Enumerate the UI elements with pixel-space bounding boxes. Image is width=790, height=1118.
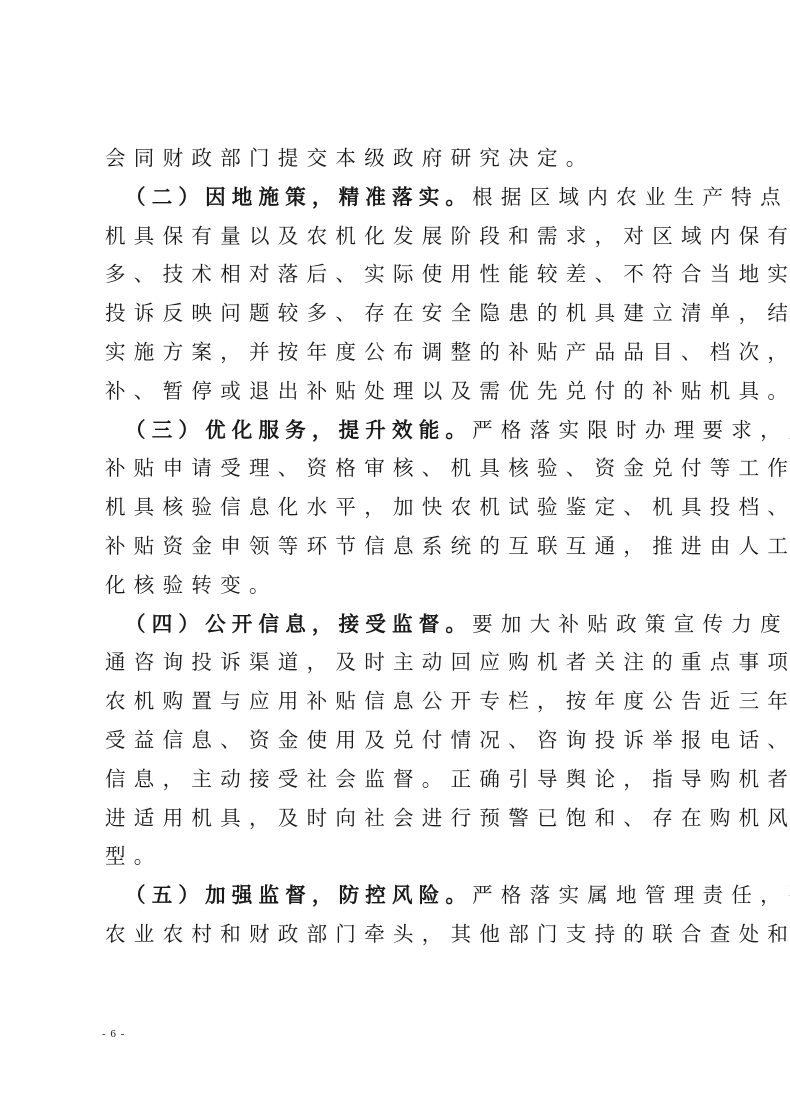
document-page: 会同财政部门提交本级政府研究决定。（二）因地施策，精准落实。根据区域内农业生产特… — [0, 0, 790, 1118]
page-number: - 6 - — [102, 1028, 125, 1040]
paragraph-text: 会同财政部门提交本级政府研究决定。 — [105, 146, 595, 170]
paragraph-text: 补贴申请受理、资格审核、机具核验、资金兑付等工作。提高补贴 — [105, 456, 790, 480]
text-line: 信息，主动接受社会监督。正确引导舆论，指导购机者科学选购先 — [105, 760, 691, 799]
text-line: 投诉反映问题较多、存在安全隐患的机具建立清单，结合实际制定 — [105, 294, 691, 333]
paragraph-text: 严格落实限时办理要求，加快 — [472, 418, 790, 442]
paragraph-text: 化核验转变。 — [105, 573, 278, 597]
paragraph-text: 根据区域内农业生产特点、农 — [472, 185, 790, 209]
section-heading-line: （二）因地施策，精准落实。根据区域内农业生产特点、农 — [105, 178, 691, 217]
text-line: 机具保有量以及农机化发展阶段和需求，对区域内保有量明显过 — [105, 217, 691, 256]
section-heading: （五）加强监督，防控风险。 — [125, 883, 472, 907]
paragraph-text: 进适用机具，及时向社会进行预警已饱和、存在购机风险的机具类 — [105, 806, 790, 830]
paragraph-text: 机具保有量以及农机化发展阶段和需求，对区域内保有量明显过 — [105, 224, 790, 248]
text-line: 进适用机具，及时向社会进行预警已饱和、存在购机风险的机具类 — [105, 799, 691, 838]
text-line: 补、暂停或退出补贴处理以及需优先兑付的补贴机具。 — [105, 372, 691, 411]
paragraph-text: 投诉反映问题较多、存在安全隐患的机具建立清单，结合实际制定 — [105, 301, 790, 325]
paragraph-text: 要加大补贴政策宣传力度，畅 — [472, 612, 790, 636]
text-line: 会同财政部门提交本级政府研究决定。 — [105, 139, 691, 178]
paragraph-text: 农机购置与应用补贴信息公开专栏，按年度公告近三年县域内补贴 — [105, 689, 790, 713]
text-line: 通咨询投诉渠道，及时主动回应购机者关注的重点事项。健全完善 — [105, 643, 691, 682]
text-line: 受益信息、资金使用及兑付情况、咨询投诉举报电话、违规查处等 — [105, 721, 691, 760]
text-line: 补贴申请受理、资格审核、机具核验、资金兑付等工作。提高补贴 — [105, 449, 691, 488]
text-line: 农机购置与应用补贴信息公开专栏，按年度公告近三年县域内补贴 — [105, 682, 691, 721]
section-heading-line: （五）加强监督，防控风险。严格落实属地管理责任，强化 — [105, 876, 691, 915]
paragraph-text: 补、暂停或退出补贴处理以及需优先兑付的补贴机具。 — [105, 379, 790, 403]
paragraph-text: 多、技术相对落后、实际使用性能较差、不符合当地实际应用情况、 — [105, 262, 790, 286]
text-line: 化核验转变。 — [105, 566, 691, 605]
paragraph-text: 通咨询投诉渠道，及时主动回应购机者关注的重点事项。健全完善 — [105, 650, 790, 674]
section-heading: （二）因地施策，精准落实。 — [125, 185, 472, 209]
document-body: 会同财政部门提交本级政府研究决定。（二）因地施策，精准落实。根据区域内农业生产特… — [105, 139, 691, 954]
text-line: 农业农村和财政部门牵头，其他部门支持的联合查处和联动处理工 — [105, 915, 691, 954]
section-heading: （三）优化服务，提升效能。 — [125, 418, 472, 442]
paragraph-text: 信息，主动接受社会监督。正确引导舆论，指导购机者科学选购先 — [105, 767, 790, 791]
text-line: 多、技术相对落后、实际使用性能较差、不符合当地实际应用情况、 — [105, 255, 691, 294]
paragraph-text: 农业农村和财政部门牵头，其他部门支持的联合查处和联动处理工 — [105, 922, 790, 946]
text-line: 补贴资金申领等环节信息系统的互联互通，推进由人工核验向信息 — [105, 527, 691, 566]
section-heading-line: （三）优化服务，提升效能。严格落实限时办理要求，加快 — [105, 411, 691, 450]
paragraph-text: 补贴资金申领等环节信息系统的互联互通，推进由人工核验向信息 — [105, 534, 790, 558]
text-line: 机具核验信息化水平，加快农机试验鉴定、机具投档、牌证管理、 — [105, 488, 691, 527]
section-heading-line: （四）公开信息，接受监督。要加大补贴政策宣传力度，畅 — [105, 605, 691, 644]
paragraph-text: 受益信息、资金使用及兑付情况、咨询投诉举报电话、违规查处等 — [105, 728, 790, 752]
paragraph-text: 机具核验信息化水平，加快农机试验鉴定、机具投档、牌证管理、 — [105, 495, 790, 519]
text-line: 型。 — [105, 837, 691, 876]
section-heading: （四）公开信息，接受监督。 — [125, 612, 472, 636]
paragraph-text: 严格落实属地管理责任，强化 — [472, 883, 790, 907]
paragraph-text: 实施方案，并按年度公布调整的补贴产品品目、档次，明确实行退 — [105, 340, 790, 364]
text-line: 实施方案，并按年度公布调整的补贴产品品目、档次，明确实行退 — [105, 333, 691, 372]
paragraph-text: 型。 — [105, 844, 163, 868]
